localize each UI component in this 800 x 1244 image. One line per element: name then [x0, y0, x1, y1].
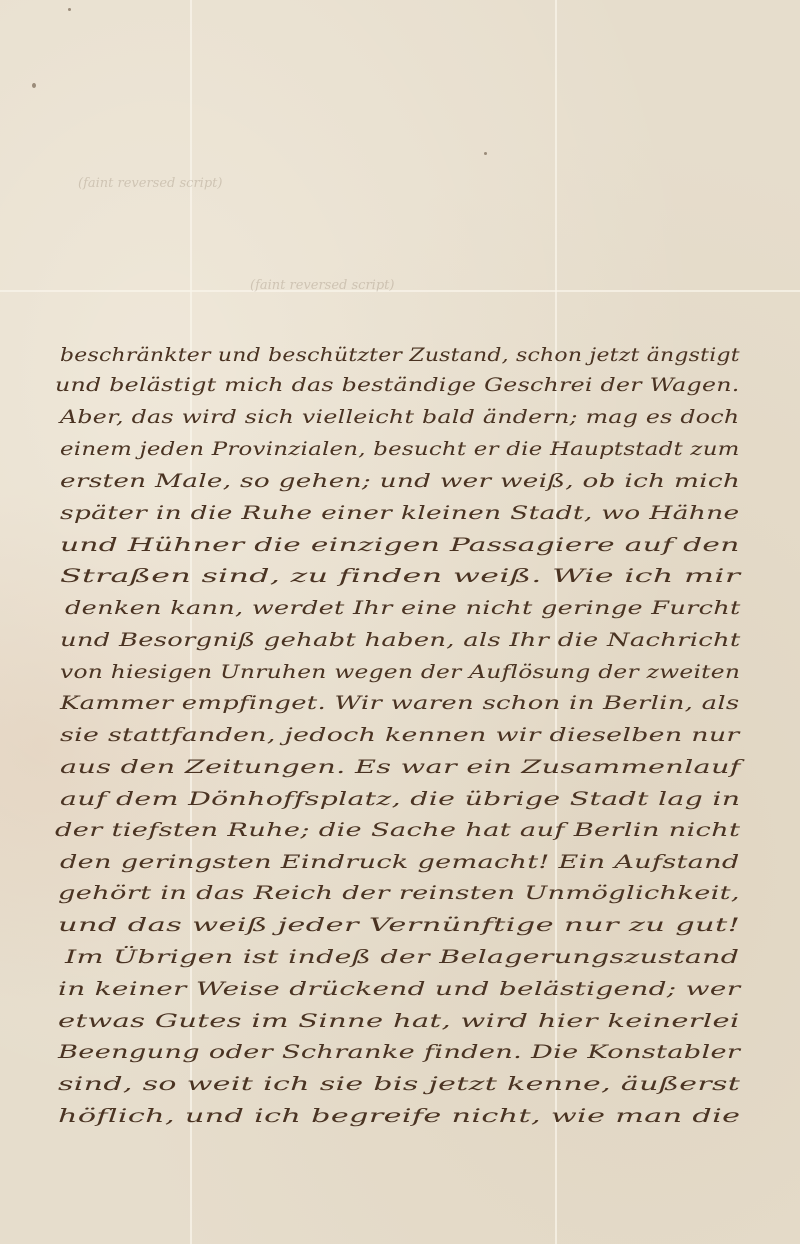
- handwritten-line: denken kann, werdet Ihr eine nicht gerin…: [65, 597, 741, 619]
- handwritten-line: höflich, und ich begreife nicht, wie man…: [58, 1105, 740, 1127]
- handwritten-line: gehört in das Reich der reinsten Unmögli…: [58, 882, 740, 904]
- handwritten-line: Im Übrigen ist indeß der Belagerungszust…: [65, 946, 739, 968]
- handwritten-line: ersten Male, so gehen; und wer weiß, ob …: [60, 470, 740, 492]
- handwritten-line: und Besorgniß gehabt haben, als Ihr die …: [60, 629, 740, 651]
- handwritten-line: in keiner Weise drückend und belästigend…: [58, 978, 740, 1000]
- handwritten-line: aus den Zeitungen. Es war ein Zusammenla…: [60, 756, 741, 778]
- handwritten-line: und Hühner die einzigen Passagiere auf d…: [60, 534, 740, 556]
- handwritten-line: auf dem Dönhoffsplatz, die übrige Stadt …: [60, 788, 740, 810]
- handwritten-line: von hiesigen Unruhen wegen der Auflösung…: [60, 661, 740, 683]
- handwritten-line: einem jeden Provinzialen, besucht er die…: [60, 438, 740, 460]
- handwritten-line: sie stattfanden, jedoch kennen wir diese…: [60, 724, 740, 746]
- handwritten-line: Aber, das wird sich vielleicht bald ände…: [60, 406, 739, 428]
- handwritten-line: etwas Gutes im Sinne hat, wird hier kein…: [58, 1010, 740, 1032]
- handwritten-line: beschränkter und beschützter Zustand, sc…: [60, 344, 740, 366]
- handwritten-line: Beengung oder Schranke finden. Die Konst…: [58, 1041, 740, 1063]
- handwritten-line: den geringsten Eindruck gemacht! Ein Auf…: [60, 851, 740, 873]
- handwritten-line: Kammer empfinget. Wir waren schon in Ber…: [60, 692, 739, 714]
- handwritten-line: sind, so weit ich sie bis jetzt kenne, ä…: [58, 1073, 740, 1095]
- handwritten-line: der tiefsten Ruhe; die Sache hat auf Ber…: [55, 819, 740, 841]
- handwritten-line: später in die Ruhe einer kleinen Stadt, …: [60, 502, 739, 524]
- handwritten-line: Straßen sind, zu finden weiß. Wie ich mi…: [60, 565, 740, 587]
- handwritten-line: und belästigt mich das beständige Geschr…: [55, 374, 740, 396]
- handwritten-letter: beschränkter und beschützter Zustand, sc…: [0, 0, 800, 1244]
- handwritten-line: und das weiß jeder Vernünftige nur zu gu…: [58, 914, 740, 936]
